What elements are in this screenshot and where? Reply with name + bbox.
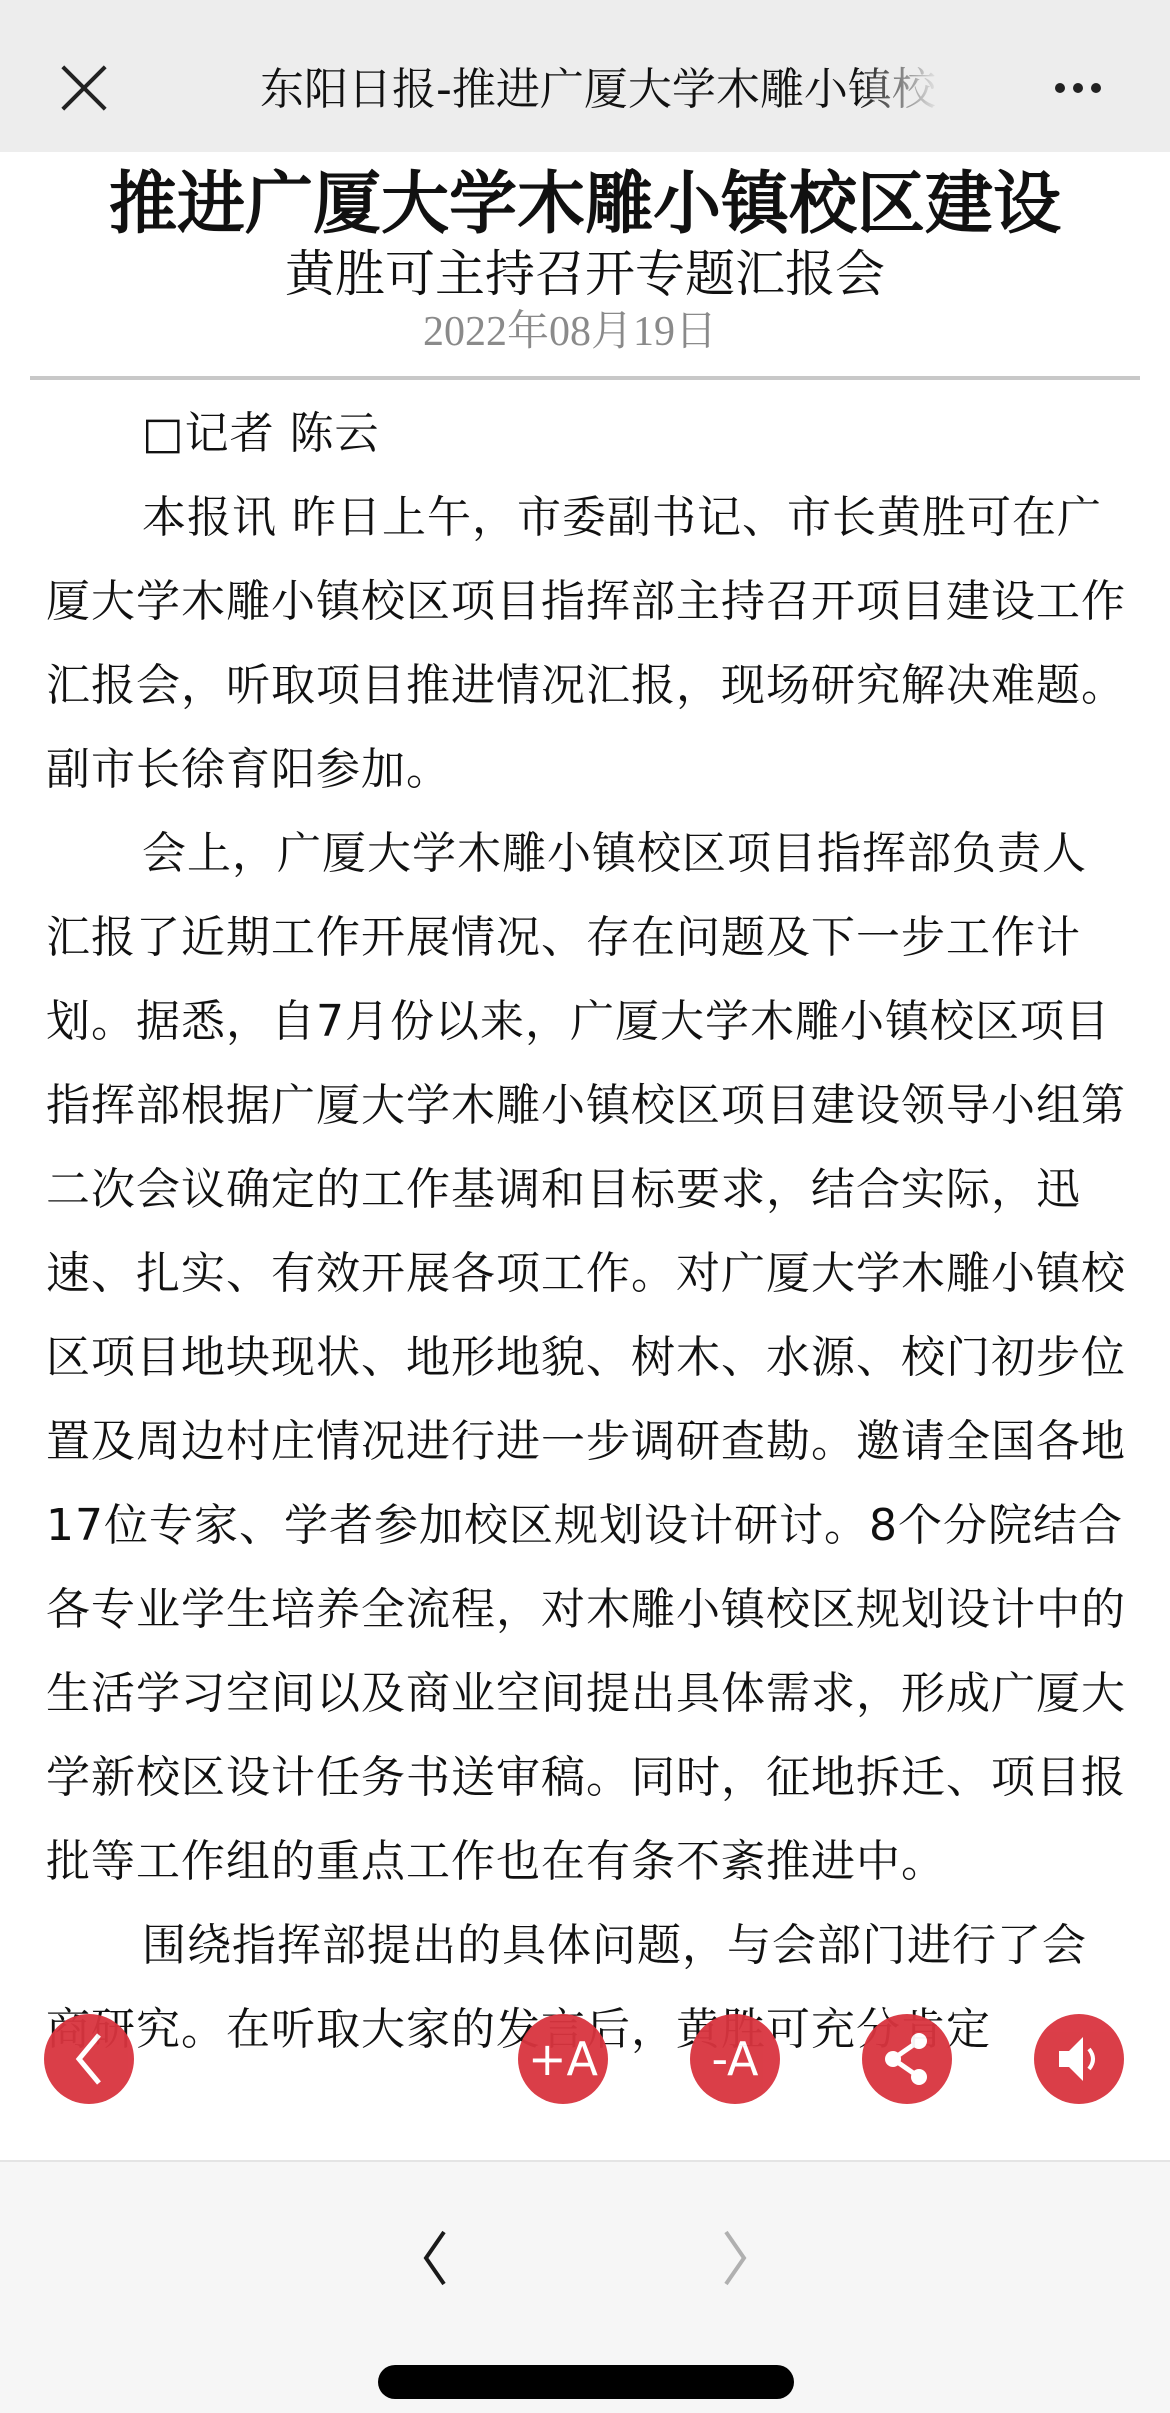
page-title: 东阳日报-推进广厦大学木雕小镇校区建设 <box>260 58 940 122</box>
share-button[interactable] <box>862 2014 952 2104</box>
close-icon[interactable] <box>58 62 110 114</box>
speaker-icon <box>1051 2029 1107 2089</box>
chevron-left-icon[interactable] <box>414 2228 454 2288</box>
font-increase-button[interactable]: +A <box>518 2014 608 2104</box>
paragraph: 本报讯 昨日上午，市委副书记、市长黄胜可在广厦大学木雕小镇校区项目指挥部主持召开… <box>46 476 1126 812</box>
article-title: 推进广厦大学木雕小镇校区建设 <box>0 160 1170 250</box>
share-icon <box>879 2029 935 2089</box>
font-decrease-label: -A <box>711 2032 758 2086</box>
article-date: 2022年08月19日 <box>0 304 1170 360</box>
font-increase-label: +A <box>528 2032 598 2086</box>
chevron-left-icon <box>69 2029 109 2089</box>
paragraph: 会上，广厦大学木雕小镇校区项目指挥部负责人汇报了近期工作开展情况、存在问题及下一… <box>46 812 1126 1904</box>
speaker-button[interactable] <box>1034 2014 1124 2104</box>
home-indicator[interactable] <box>378 2365 794 2399</box>
byline: □记者 陈云 <box>46 392 1126 476</box>
top-bar: 东阳日报-推进广厦大学木雕小镇校区建设 <box>0 0 1170 152</box>
font-decrease-button[interactable]: -A <box>690 2014 780 2104</box>
more-icon[interactable] <box>1055 78 1119 98</box>
chevron-right-icon[interactable] <box>716 2228 756 2288</box>
article-body: □记者 陈云 本报讯 昨日上午，市委副书记、市长黄胜可在广厦大学木雕小镇校区项目… <box>46 392 1126 2072</box>
back-button[interactable] <box>44 2014 134 2104</box>
article-subtitle: 黄胜可主持召开专题汇报会 <box>0 242 1170 306</box>
divider <box>30 376 1140 380</box>
